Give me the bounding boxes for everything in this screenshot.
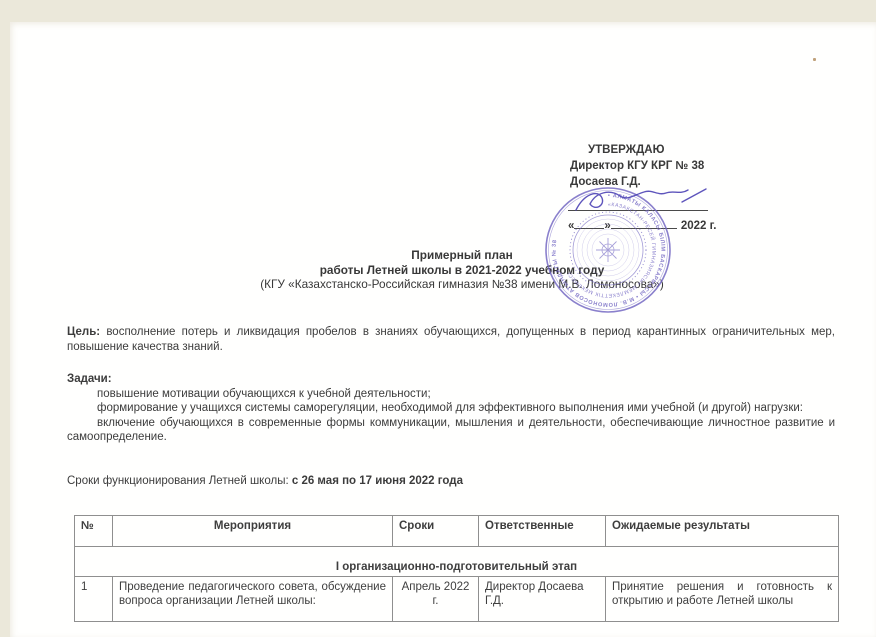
goal-label: Цель: [67,326,100,338]
tasks-block: Задачи: повышение мотивации обучающихся … [67,372,835,445]
approval-year: 2022 г. [681,220,717,232]
table-row: 1 Проведение педагогического совета, обс… [75,577,839,622]
table-section-row: I организационно-подготовительный этап [75,547,839,577]
title-line-1: Примерный план [67,248,857,263]
row-results: Принятие решения и готовность к открытию… [606,577,839,622]
dates-label: Сроки функционирования Летней школы: [67,475,292,487]
scanner-background: УТВЕРЖДАЮ Директор КГУ КРГ № 38 Досаева … [0,0,876,637]
table-header-row: № Мероприятия Сроки Ответственные Ожидае… [75,516,839,547]
title-line-2: работы Летней школы в 2021-2022 учебном … [67,263,857,278]
dates-value: с 26 мая по 17 июня 2022 года [292,475,463,487]
goal-paragraph: Цель: восполнение потерь и ликвидация пр… [67,325,835,354]
row-num: 1 [75,577,113,622]
task-item: повышение мотивации обучающихся к учебно… [67,387,835,402]
section-title: I организационно-подготовительный этап [75,547,839,577]
school-dates-line: Сроки функционирования Летней школы: с 2… [67,474,835,489]
header-dates: Сроки [393,516,479,547]
row-responsible: Директор Досаева Г.Д. [479,577,606,622]
approval-word: УТВЕРЖДАЮ [588,142,800,158]
title-line-3: (КГУ «Казахстанско-Российская гимназия №… [67,277,857,292]
task-item: формирование у учащихся системы саморегу… [67,401,835,416]
header-results: Ожидаемые результаты [606,516,839,547]
scan-speck [813,58,816,61]
row-dates: Апрель 2022 г. [393,577,479,622]
goal-text: восполнение потерь и ликвидация пробелов… [67,326,835,353]
document-title: Примерный план работы Летней школы в 202… [67,248,857,292]
plan-table: № Мероприятия Сроки Ответственные Ожидае… [74,515,839,622]
row-activity: Проведение педагогического совета, обсуж… [113,577,393,622]
director-signature [570,186,720,216]
header-num: № [75,516,113,547]
task-item: включение обучающихся в современные форм… [67,416,835,445]
approval-director: Директор КГУ КРГ № 38 [570,158,800,174]
scanned-document: { "approval": { "line1": "УТВЕРЖДАЮ", "l… [0,0,876,637]
header-activities: Мероприятия [113,516,393,547]
seal-center-emblem [596,238,620,262]
header-responsible: Ответственные [479,516,606,547]
document-page: УТВЕРЖДАЮ Директор КГУ КРГ № 38 Досаева … [10,22,876,637]
tasks-label: Задачи: [67,372,835,387]
